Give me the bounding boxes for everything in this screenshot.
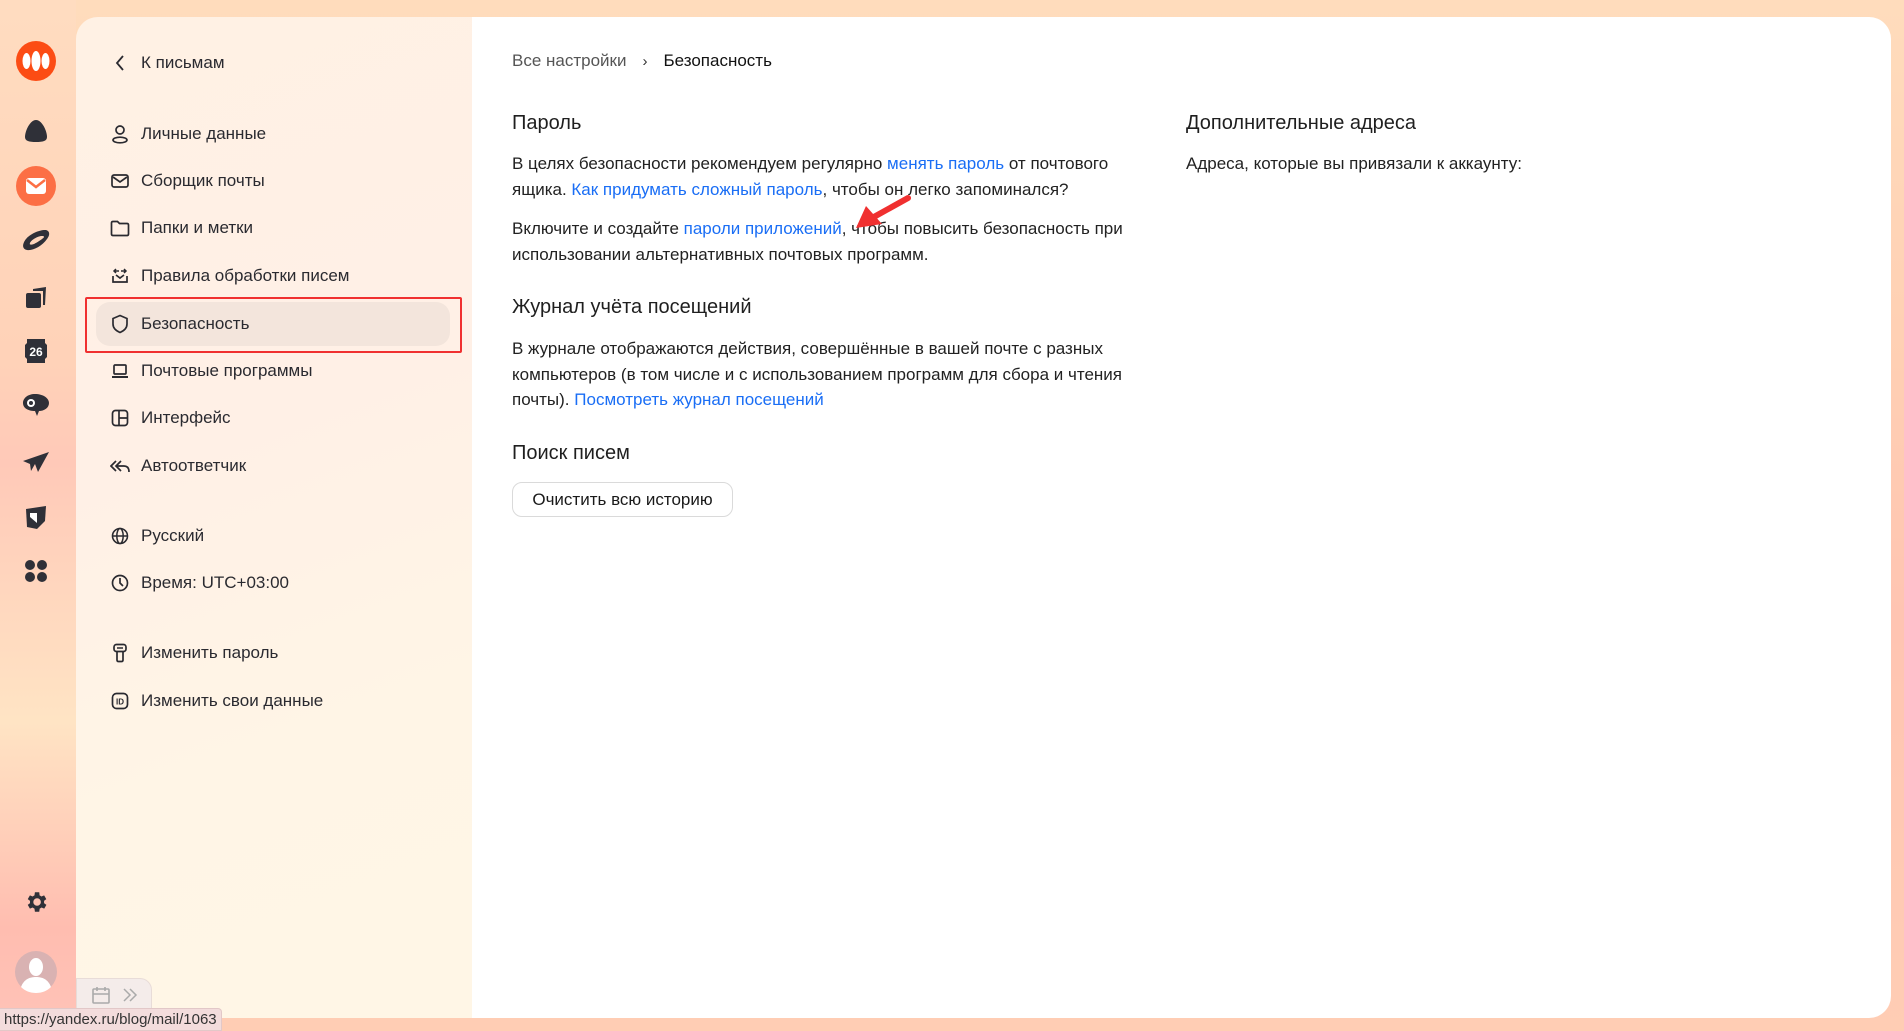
journal-section-title: Журнал учёта посещений xyxy=(512,296,752,319)
id-card-icon: ID xyxy=(110,691,130,711)
change-password-label: Изменить пароль xyxy=(141,643,278,663)
sidebar-item-folders[interactable]: Папки и метки xyxy=(96,206,450,250)
mail-icon[interactable] xyxy=(14,164,58,208)
mini-toolbar[interactable] xyxy=(76,978,152,1012)
layout-icon xyxy=(110,408,130,428)
breadcrumb-all-settings[interactable]: Все настройки xyxy=(512,51,626,71)
sidebar-item-autoresponder[interactable]: Автоответчик xyxy=(96,444,450,488)
grid-icon[interactable] xyxy=(14,549,58,593)
globe-icon xyxy=(110,526,130,546)
sidebar-item-label: Сборщик почты xyxy=(141,171,265,191)
journal-paragraph: В журнале отображаются действия, совершё… xyxy=(512,336,1152,413)
annotation-arrow-icon xyxy=(850,192,914,234)
avatar-icon[interactable] xyxy=(14,950,58,994)
strong-password-tips-link[interactable]: Как придумать сложный пароль xyxy=(571,180,822,199)
sidebar-item-label: Интерфейс xyxy=(141,408,231,428)
sidebar-item-label: Почтовые программы xyxy=(141,361,312,381)
disk-icon[interactable] xyxy=(14,218,58,262)
extra-addresses-text: Адреса, которые вы привязали к аккаунту: xyxy=(1186,151,1826,177)
auto-reply-icon xyxy=(110,456,130,476)
sidebar-item-mail-programs[interactable]: Почтовые программы xyxy=(96,349,450,393)
key-icon xyxy=(110,643,130,663)
clear-history-button[interactable]: Очистить всю историю xyxy=(512,482,733,517)
svg-text:ID: ID xyxy=(116,698,124,707)
status-bar-url: https://yandex.ru/blog/mail/1063 xyxy=(0,1008,222,1031)
calendar-small-icon[interactable] xyxy=(91,985,111,1005)
change-data-label: Изменить свои данные xyxy=(141,691,323,711)
envelope-icon xyxy=(110,171,130,191)
sidebar-item-label: Папки и метки xyxy=(141,218,253,238)
sidebar-item-rules[interactable]: Правила обработки писем xyxy=(96,254,450,298)
alice-icon[interactable] xyxy=(14,109,58,153)
password-paragraph-2: Включите и создайте пароли приложений, ч… xyxy=(512,216,1152,267)
telemost-icon[interactable] xyxy=(14,440,58,484)
sidebar-item-interface[interactable]: Интерфейс xyxy=(96,396,450,440)
password-section-title: Пароль xyxy=(512,112,581,135)
folder-icon xyxy=(110,218,130,238)
rules-icon xyxy=(110,266,130,286)
sidebar-item-label: Автоответчик xyxy=(141,456,246,476)
app-passwords-link[interactable]: пароли приложений xyxy=(684,219,842,238)
sidebar-item-label: Безопасность xyxy=(141,314,249,334)
text: В целях безопасности рекомендуем регуляр… xyxy=(512,154,887,173)
sidebar-item-label: Личные данные xyxy=(141,124,266,144)
language-selector[interactable]: Русский xyxy=(96,514,450,558)
search-section-title: Поиск писем xyxy=(512,442,630,465)
laptop-icon xyxy=(110,361,130,381)
chevron-left-icon xyxy=(110,53,130,73)
change-password-inline-link[interactable]: менять пароль xyxy=(887,154,1004,173)
svg-text:26: 26 xyxy=(29,345,43,359)
change-data-link[interactable]: ID Изменить свои данные xyxy=(96,679,450,723)
view-journal-link[interactable]: Посмотреть журнал посещений xyxy=(574,390,824,409)
password-paragraph-1: В целях безопасности рекомендуем регуляр… xyxy=(512,151,1152,202)
extra-addresses-title: Дополнительные адреса xyxy=(1186,112,1416,135)
messenger-icon[interactable] xyxy=(14,383,58,427)
sidebar-item-mail-collector[interactable]: Сборщик почты xyxy=(96,159,450,203)
notes-icon[interactable] xyxy=(14,276,58,320)
docs-icon[interactable] xyxy=(14,495,58,539)
text: Включите и создайте xyxy=(512,219,684,238)
calendar-icon[interactable]: 26 xyxy=(14,329,58,373)
breadcrumb-current: Безопасность xyxy=(663,51,771,71)
shield-icon xyxy=(110,314,130,334)
breadcrumb: Все настройки › Безопасность xyxy=(512,51,772,71)
double-chevron-right-icon[interactable] xyxy=(121,987,139,1003)
yandex-logo-icon[interactable] xyxy=(14,39,58,83)
user-icon xyxy=(110,124,130,144)
clock-icon xyxy=(110,573,130,593)
timezone-selector[interactable]: Время: UTC+03:00 xyxy=(96,561,450,605)
sidebar-item-security[interactable]: Безопасность xyxy=(96,302,450,346)
chevron-right-icon: › xyxy=(642,53,647,70)
sidebar-item-label: Правила обработки писем xyxy=(141,266,349,286)
back-to-mail-link[interactable]: К письмам xyxy=(96,41,450,85)
timezone-label: Время: UTC+03:00 xyxy=(141,573,289,593)
change-password-link[interactable]: Изменить пароль xyxy=(96,631,450,675)
sidebar-item-personal-data[interactable]: Личные данные xyxy=(96,112,450,156)
back-label: К письмам xyxy=(141,53,225,73)
language-label: Русский xyxy=(141,526,204,546)
gear-icon[interactable] xyxy=(14,880,58,924)
